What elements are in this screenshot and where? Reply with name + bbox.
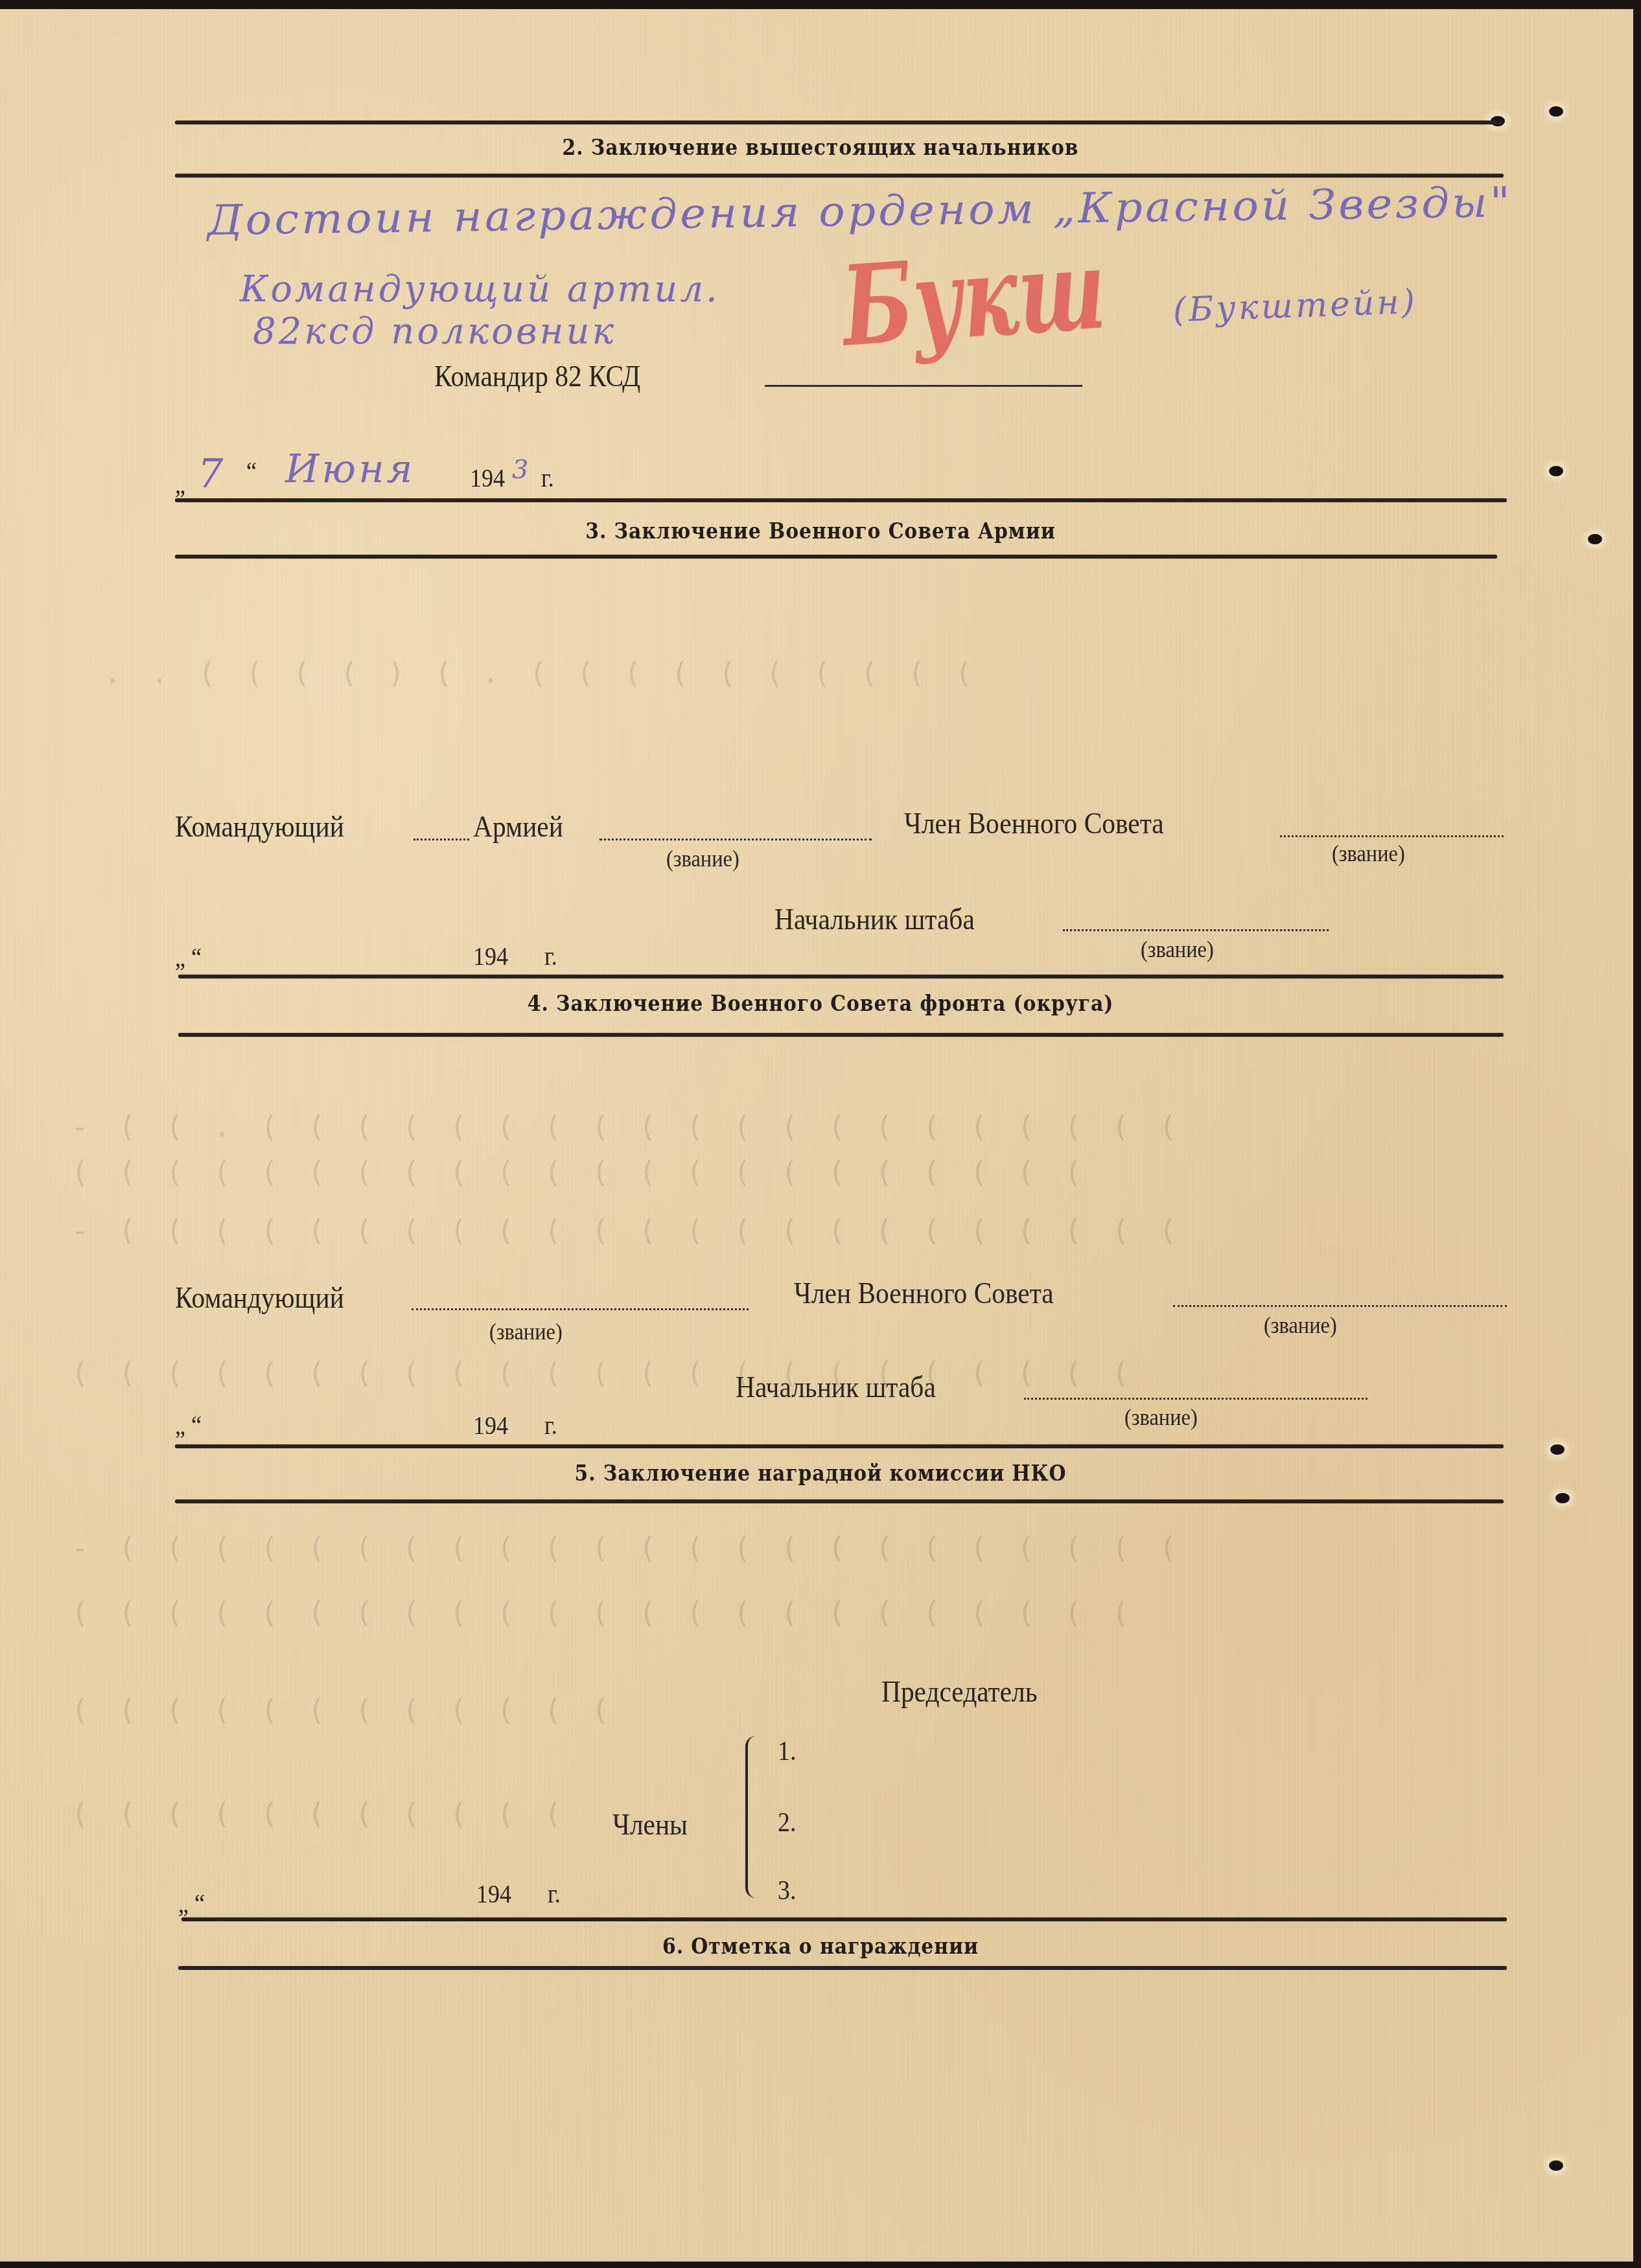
section-rule bbox=[175, 1444, 1504, 1448]
handwritten-signer-title: Командующий артил. bbox=[240, 268, 720, 310]
army-number-field[interactable] bbox=[413, 839, 469, 840]
council-member-rank-field[interactable] bbox=[1173, 1305, 1507, 1307]
bleed-through-text: ( ( ( ( ( ( ( ( ( ( ( ( ( ( ( ( ( ( ( ( … bbox=[71, 1357, 1135, 1390]
commander-rank-field[interactable] bbox=[599, 839, 872, 840]
chairman-label: Председатель bbox=[881, 1674, 1038, 1709]
rank-hint: (звание) bbox=[1141, 936, 1214, 963]
commander-82ksd-label: Командир 82 КСД bbox=[434, 359, 640, 393]
date-g: г. bbox=[548, 1879, 561, 1909]
section-4-heading: 4. Заключение Военного Совета фронта (ок… bbox=[99, 991, 1542, 1017]
chief-of-staff-label: Начальник штаба bbox=[736, 1370, 936, 1404]
bleed-through-text: ( ( ( ( ( ( ( ( ( ( ( ( ( ( ( ( ( ( ( ( … bbox=[71, 1597, 1135, 1630]
section-rule bbox=[175, 174, 1504, 178]
section-rule bbox=[181, 1917, 1507, 1921]
member-number: 3. bbox=[778, 1875, 796, 1906]
chief-of-staff-rank-field[interactable] bbox=[1063, 929, 1329, 931]
section-rule bbox=[178, 975, 1504, 978]
commander-label: Командующий bbox=[175, 809, 344, 844]
section-rule bbox=[175, 498, 1507, 502]
bleed-through-text: ( ( ( ( ( ( ( ( ( ( ( bbox=[71, 1798, 568, 1831]
handwritten-recommendation: Достоин награждения орденом „Красной Зве… bbox=[207, 179, 1513, 245]
date-quotes: „ “ bbox=[175, 1410, 202, 1441]
chief-of-staff-label: Начальник штаба bbox=[774, 902, 975, 936]
rank-hint: (звание) bbox=[489, 1318, 563, 1345]
bleed-through-text: - ( ( ( ( ( ( ( ( ( ( ( ( ( ( ( ( ( ( ( … bbox=[71, 1532, 1183, 1565]
date-g: г. bbox=[544, 941, 557, 971]
rank-hint: (звание) bbox=[1332, 840, 1405, 867]
rank-hint: (звание) bbox=[1124, 1404, 1198, 1431]
section-rule bbox=[178, 1033, 1504, 1037]
binding-hole bbox=[1550, 1444, 1565, 1455]
section-rule bbox=[178, 1966, 1507, 1970]
section-3-heading: 3. Заключение Военного Совета Армии bbox=[99, 518, 1542, 544]
date-g: г. bbox=[544, 1410, 557, 1441]
members-label: Члены bbox=[612, 1807, 688, 1842]
commander-rank-field[interactable] bbox=[412, 1308, 749, 1310]
army-label: Армией bbox=[473, 809, 563, 844]
handwritten-signer-name: (Букштейн) bbox=[1172, 283, 1418, 330]
bleed-through-text: - ( ( . ( ( ( ( ( ( ( ( ( ( ( ( ( ( ( ( … bbox=[71, 1111, 1183, 1144]
binding-hole bbox=[1549, 466, 1563, 476]
binding-hole bbox=[1549, 2160, 1563, 2171]
members-brace bbox=[745, 1736, 758, 1898]
bleed-through-text: . . ( ( ( ( ) ( . ( ( ( ( ( ( ( ( ( ( bbox=[104, 657, 979, 690]
section-2-heading: 2. Заключение вышестоящих начальников bbox=[99, 135, 1542, 161]
section-6-heading: 6. Отметка о награждении bbox=[99, 1934, 1542, 1960]
member-number: 1. bbox=[778, 1736, 796, 1767]
handwritten-date-day: 7 bbox=[198, 450, 226, 497]
council-member-label: Член Военного Совета bbox=[904, 806, 1164, 840]
chief-of-staff-rank-field[interactable] bbox=[1024, 1398, 1367, 1400]
date-year: 194 bbox=[473, 1410, 508, 1441]
binding-hole bbox=[1588, 534, 1602, 544]
rank-hint: (звание) bbox=[666, 845, 739, 872]
commander-label: Командующий bbox=[175, 1280, 344, 1315]
date-year-prefix: 194 bbox=[470, 463, 505, 493]
member-number: 2. bbox=[778, 1807, 796, 1838]
rank-hint: (звание) bbox=[1264, 1312, 1337, 1339]
council-member-label: Член Военного Совета bbox=[794, 1276, 1054, 1310]
bleed-through-text: ( ( ( ( ( ( ( ( ( ( ( ( bbox=[71, 1694, 615, 1727]
date-close-quote: “ bbox=[246, 456, 257, 487]
date-g: г. bbox=[541, 463, 554, 493]
date-open-quote: „ bbox=[175, 469, 185, 500]
bleed-through-text: ( ( ( ( ( ( ( ( ( ( ( ( ( ( ( ( ( ( ( ( … bbox=[71, 1156, 1088, 1189]
date-year: 194 bbox=[473, 941, 508, 971]
handwritten-date-year-digit: 3 bbox=[512, 455, 528, 485]
date-quotes: „ “ bbox=[178, 1888, 205, 1919]
document-page: . . ( ( ( ( ) ( . ( ( ( ( ( ( ( ( ( ( - … bbox=[0, 9, 1633, 2262]
commander-signature-line bbox=[765, 385, 1082, 387]
bleed-through-text: - ( ( ( ( ( ( ( ( ( ( ( ( ( ( ( ( ( ( ( … bbox=[71, 1214, 1183, 1247]
handwritten-signer-rank: 82ксд полковник bbox=[253, 310, 616, 353]
section-5-heading: 5. Заключение наградной комиссии НКО bbox=[99, 1461, 1542, 1487]
binding-hole bbox=[1555, 1493, 1570, 1503]
handwritten-date-month: Июня bbox=[285, 446, 415, 492]
date-year: 194 bbox=[476, 1879, 511, 1909]
section-rule bbox=[175, 1499, 1504, 1503]
binding-hole bbox=[1549, 106, 1563, 117]
date-quotes: „ “ bbox=[175, 942, 202, 973]
section-rule bbox=[175, 121, 1504, 124]
section-rule bbox=[175, 555, 1497, 559]
council-member-rank-field[interactable] bbox=[1280, 835, 1504, 837]
red-pencil-signature: Букш bbox=[838, 224, 1110, 372]
